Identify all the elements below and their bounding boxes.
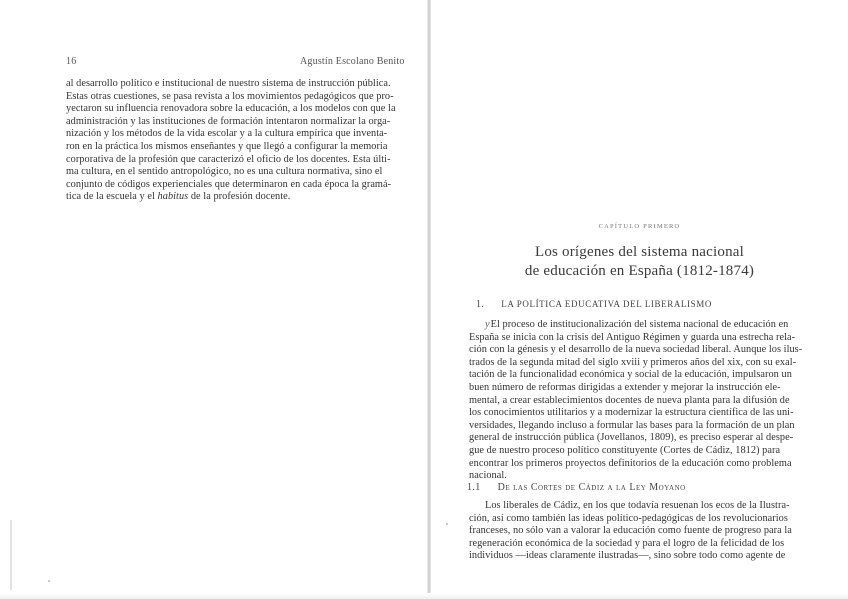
running-head-author: Agustín Escolano Benito <box>300 56 405 67</box>
text-line: España se inicia con la crisis del Antig… <box>469 332 790 345</box>
text-line: Estas otras cuestiones, se pasa revista … <box>66 91 394 104</box>
text-line: yectaron su influencia renovadora sobre … <box>66 103 394 116</box>
page-bottom-edge <box>0 593 848 599</box>
page-number: 16 <box>66 56 76 67</box>
section-1-1-paragraph: Los liberales de Cádiz, en los que todav… <box>469 500 790 563</box>
text-line: ron en la práctica los mismos enseñantes… <box>66 141 394 154</box>
text-line: buen número de reformas dirigidas a exte… <box>469 382 790 395</box>
scan-speck <box>48 580 50 582</box>
text-line: general de instrucción pública (Jovellan… <box>469 432 790 445</box>
italic-term-habitus: habitus <box>158 191 189 202</box>
section-title: De las Cortes de Cádiz a la Ley Moyano <box>498 482 686 493</box>
text-line: nización y los métodos de la vida escola… <box>66 128 394 141</box>
text-line-last: tica de la escuela y el habitus de la pr… <box>66 191 394 204</box>
chapter-title: Los orígenes del sistema nacional de edu… <box>431 243 848 281</box>
text-fragment: tica de la escuela y el <box>66 191 158 202</box>
text-line: yEl proceso de institucionalización del … <box>469 319 790 332</box>
text-line: administración y las instituciones de fo… <box>66 116 394 129</box>
section-number: 1.1 <box>467 482 481 493</box>
chapter-title-line: Los orígenes del sistema nacional <box>431 243 848 262</box>
text-line: versidades, llegando incluso a formular … <box>469 420 790 433</box>
text-line: los conocimientos utilitarios y a modern… <box>469 407 790 420</box>
text-line: individuos —ideas claramente ilustradas—… <box>469 550 790 563</box>
text-line: ción, así como también las ideas polític… <box>469 513 790 526</box>
handwritten-pen-mark: y <box>485 319 490 330</box>
text-line: Los liberales de Cádiz, en los que todav… <box>469 500 790 513</box>
text-line: al desarrollo político e institucional d… <box>66 78 394 91</box>
section-title: La política educativa del liberalismo <box>501 299 712 309</box>
chapter-title-line: de educación en España (1812-1874) <box>431 262 848 281</box>
text-line: encontrar los primeros proyectos definit… <box>469 458 790 471</box>
text-fragment: de la profesión docente. <box>188 191 290 202</box>
text-line: franceses, no sólo van a valorar la educ… <box>469 525 790 538</box>
chapter-label: Capítulo primero <box>431 223 848 230</box>
section-heading-1-1: 1.1 De las Cortes de Cádiz a la Ley Moya… <box>467 482 686 493</box>
left-page-paragraph: al desarrollo político e institucional d… <box>66 78 394 204</box>
text-line: nacional. <box>469 470 790 483</box>
text-line: tación de la funcionalidad económica y s… <box>469 369 790 382</box>
section-heading-1: 1. La política educativa del liberalismo <box>476 299 712 310</box>
text-line: corporativa de la profesión que caracter… <box>66 154 394 167</box>
text-line: ción con la génesis y el desarrollo de l… <box>469 344 790 357</box>
section-1-paragraph: yEl proceso de institucionalización del … <box>469 319 790 483</box>
text-line: trados de la segunda mitad del siglo xvi… <box>469 357 790 370</box>
scan-speck <box>446 523 448 525</box>
text-line: ma cultura, en el sentido antropológico,… <box>66 166 394 179</box>
text-line: mental, a crear establecimientos docente… <box>469 395 790 408</box>
text-line: regeneración económica de la sociedad y … <box>469 538 790 551</box>
text-fragment: El proceso de institucionalización del s… <box>491 319 789 330</box>
book-spread: 16 Agustín Escolano Benito al desarrollo… <box>0 0 848 599</box>
section-number: 1. <box>476 299 484 310</box>
page-edge-shadow <box>10 520 12 590</box>
text-line: gue de nuestro proceso político constitu… <box>469 445 790 458</box>
text-line: conjunto de códigos experienciales que d… <box>66 179 394 192</box>
